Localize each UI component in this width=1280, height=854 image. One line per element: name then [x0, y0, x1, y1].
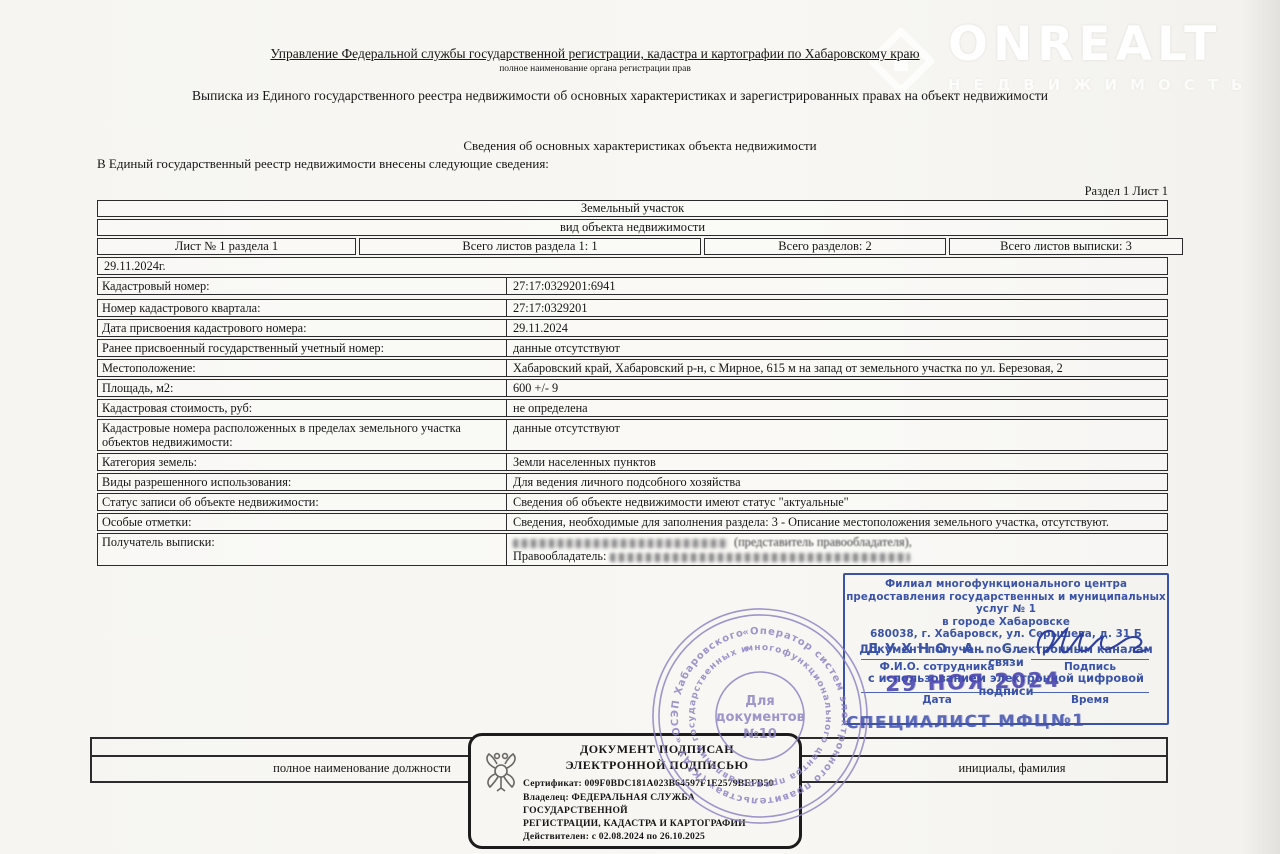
- rightholder-line: Правообладатель:: [513, 549, 1163, 563]
- mfc-received-stamp: Филиал многофункционального центрапредос…: [843, 573, 1169, 725]
- table-row: Местоположение:Хабаровский край, Хабаров…: [97, 359, 1168, 377]
- row-label: Категория земель:: [98, 454, 507, 470]
- row-value: 29.11.2024: [507, 320, 1167, 336]
- row-label: Номер кадастрового квартала:: [98, 300, 507, 316]
- section-sheet-label: Раздел 1 Лист 1: [1085, 184, 1168, 199]
- row-value: Для ведения личного подсобного хозяйства: [507, 474, 1167, 490]
- row-value: 27:17:0329201:6941: [507, 278, 1167, 294]
- object-type-caption: вид объекта недвижимости: [97, 219, 1168, 236]
- table-row: Виды разрешенного использования:Для веде…: [97, 473, 1168, 491]
- recipient-redacted-line: (представитель правообладателя),: [513, 535, 1163, 549]
- row-label: Кадастровый номер:: [98, 278, 507, 294]
- table-row: Статус записи об объекте недвижимости:Св…: [97, 493, 1168, 511]
- row-value: (представитель правообладателя), Правооб…: [507, 534, 1167, 565]
- name-underline: [861, 659, 1013, 660]
- mfc-address-line: предоставления государственных и муницип…: [845, 591, 1167, 616]
- row-label: Получатель выписки:: [98, 534, 507, 565]
- sheet-info-cell: Всего листов раздела 1: 1: [359, 238, 701, 255]
- row-label: Кадастровые номера расположенных в преде…: [98, 420, 507, 450]
- table-row: Особые отметки:Сведения, необходимые для…: [97, 513, 1168, 531]
- row-value: 600 +/- 9: [507, 380, 1167, 396]
- row-value: Сведения об объекте недвижимости имеют с…: [507, 494, 1167, 510]
- table-row: Кадастровая стоимость, руб:не определена: [97, 399, 1168, 417]
- row-value: данные отсутствуют: [507, 420, 1167, 450]
- registration-date: 29.11.2024г.: [98, 258, 1167, 274]
- sheet-info-cell: Всего разделов: 2: [704, 238, 946, 255]
- intro-text: В Единый государственный реестр недвижим…: [97, 156, 549, 172]
- initials-caption: инициалы, фамилия: [862, 761, 1162, 776]
- section-title: Сведения об основных характеристиках объ…: [100, 138, 1180, 154]
- sheet-info-cell: Всего листов выписки: 3: [949, 238, 1183, 255]
- table-row: Ранее присвоенный государственный учетны…: [97, 339, 1168, 357]
- table-row: Дата присвоения кадастрового номера:29.1…: [97, 319, 1168, 337]
- row-value: 27:17:0329201: [507, 300, 1167, 316]
- seal-center-line2: документов: [715, 710, 805, 725]
- table-row: Номер кадастрового квартала:27:17:032920…: [97, 299, 1168, 317]
- row-label: Особые отметки:: [98, 514, 507, 530]
- date-stamp: 29 НОЯ 2024: [885, 668, 1061, 697]
- sheet-info-row: Лист № 1 раздела 1Всего листов раздела 1…: [97, 238, 1168, 255]
- mfc-date-caption: Дата: [861, 694, 1013, 706]
- mfc-time-caption: Время: [1031, 694, 1149, 706]
- row-label: Статус записи об объекте недвижимости:: [98, 494, 507, 510]
- table-row: Категория земель:Земли населенных пункто…: [97, 453, 1168, 471]
- row-value: Сведения, необходимые для заполнения раз…: [507, 514, 1167, 530]
- handwritten-signature: [1025, 619, 1155, 665]
- time-underline: [1031, 692, 1149, 693]
- redacted-name: [513, 539, 728, 548]
- mfc-address-line: Филиал многофункционального центра: [845, 578, 1167, 591]
- object-type-value: Земельный участок: [97, 200, 1168, 217]
- redacted-rightholder: [610, 553, 910, 562]
- row-label: Ранее присвоенный государственный учетны…: [98, 340, 507, 356]
- seal-center-line1: Для: [745, 694, 774, 709]
- table-row-date: 29.11.2024г.: [97, 257, 1168, 275]
- document-scan-page: ONREALT НЕДВИЖИМОСТЬ Управление Федераль…: [0, 0, 1280, 854]
- authority-caption: полное наименование органа регистрации п…: [95, 64, 1095, 74]
- table-row: Кадастровые номера расположенных в преде…: [97, 419, 1168, 451]
- sheet-info-cell: Лист № 1 раздела 1: [97, 238, 356, 255]
- registration-authority-name: Управление Федеральной службы государств…: [95, 46, 1095, 62]
- row-label: Местоположение:: [98, 360, 507, 376]
- row-label: Виды разрешенного использования:: [98, 474, 507, 490]
- main-table: Земельный участок вид объекта недвижимос…: [97, 200, 1168, 566]
- row-value: не определена: [507, 400, 1167, 416]
- row-value: Хабаровский край, Хабаровский р-н, с Мир…: [507, 360, 1167, 376]
- row-value: Земли населенных пунктов: [507, 454, 1167, 470]
- watermark-brand: ONREALT: [948, 20, 1255, 70]
- table-row: Кадастровый номер:27:17:0329201:6941: [97, 277, 1168, 295]
- seal-center-line3: №10: [743, 727, 777, 742]
- row-label: Площадь, м2:: [98, 380, 507, 396]
- mfc-employee-name: ДУХНО А. С.: [867, 641, 1029, 657]
- eagle-emblem-icon: [483, 750, 519, 796]
- table-row-recipient: Получатель выписки: (представитель право…: [97, 533, 1168, 566]
- row-label: Дата присвоения кадастрового номера:: [98, 320, 507, 336]
- table-row: Площадь, м2:600 +/- 9: [97, 379, 1168, 397]
- document-title: Выписка из Единого государственного реес…: [55, 88, 1185, 104]
- row-value: данные отсутствуют: [507, 340, 1167, 356]
- row-label: Кадастровая стоимость, руб:: [98, 400, 507, 416]
- attribute-rows: Кадастровый номер:27:17:0329201:6941Номе…: [97, 277, 1168, 531]
- specialist-stamp: СПЕЦИАЛИСТ МФЦ№1: [846, 711, 1085, 733]
